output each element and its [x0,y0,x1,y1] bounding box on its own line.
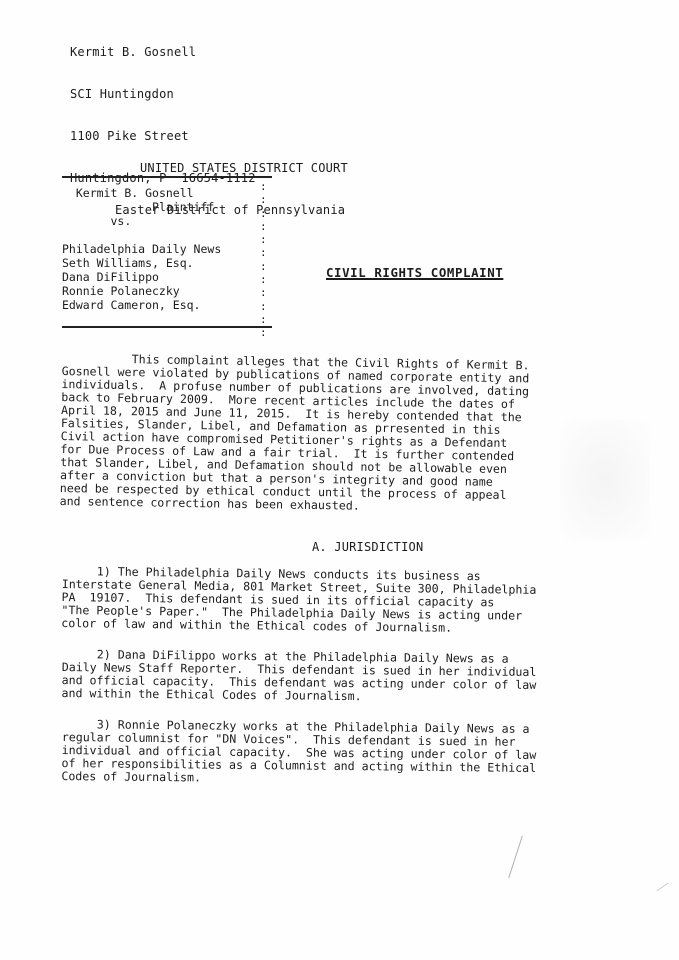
scanned-page: Kermit B. Gosnell SCI Huntingdon 1100 Pi… [0,0,679,960]
defendant-2: Seth Williams, Esq. [62,256,221,270]
caption-spacer [62,228,221,242]
sender-name: Kermit B. Gosnell [70,44,256,60]
scan-mark [508,836,523,878]
jurisdiction-paragraph-2: 2) Dana DiFilippo works at the Philadelp… [61,648,536,705]
jurisdiction-paragraph-3: 3) Ronnie Polaneczky works at the Philad… [61,718,536,788]
defendant-5: Edward Cameron, Esq. [62,298,221,312]
section-heading-jurisdiction: A. JURISDICTION [312,541,423,554]
jurisdiction-paragraph-1: 1) The Philadelphia Daily News conducts … [61,565,536,636]
scan-shading [560,420,650,540]
plaintiff-role: Plaintiff [62,200,221,214]
document-title: CIVIL RIGHTS COMPLAINT [326,266,503,279]
plaintiff-name: Kermit B. Gosnell [62,186,221,200]
scan-mark [656,883,668,892]
caption-parties: Kermit B. Gosnell Plaintiff vs. Philadel… [62,186,221,312]
versus: vs. [62,214,221,228]
intro-paragraph: This complaint alleges that the Civil Ri… [60,352,530,515]
defendant-4: Ronnie Polaneczky [62,284,221,298]
defendant-3: Dana DiFilippo [62,270,221,284]
defendant-1: Philadelphia Daily News [62,242,221,256]
caption-top-rule [62,176,272,178]
court-name: UNITED STATES DISTRICT COURT [115,160,348,176]
caption-bottom-rule [62,326,272,328]
caption-colon-column: : : : : : : : : : : : : [260,180,267,340]
case-caption: Kermit B. Gosnell Plaintiff vs. Philadel… [62,176,272,331]
sender-institution: SCI Huntingdon [70,86,256,102]
